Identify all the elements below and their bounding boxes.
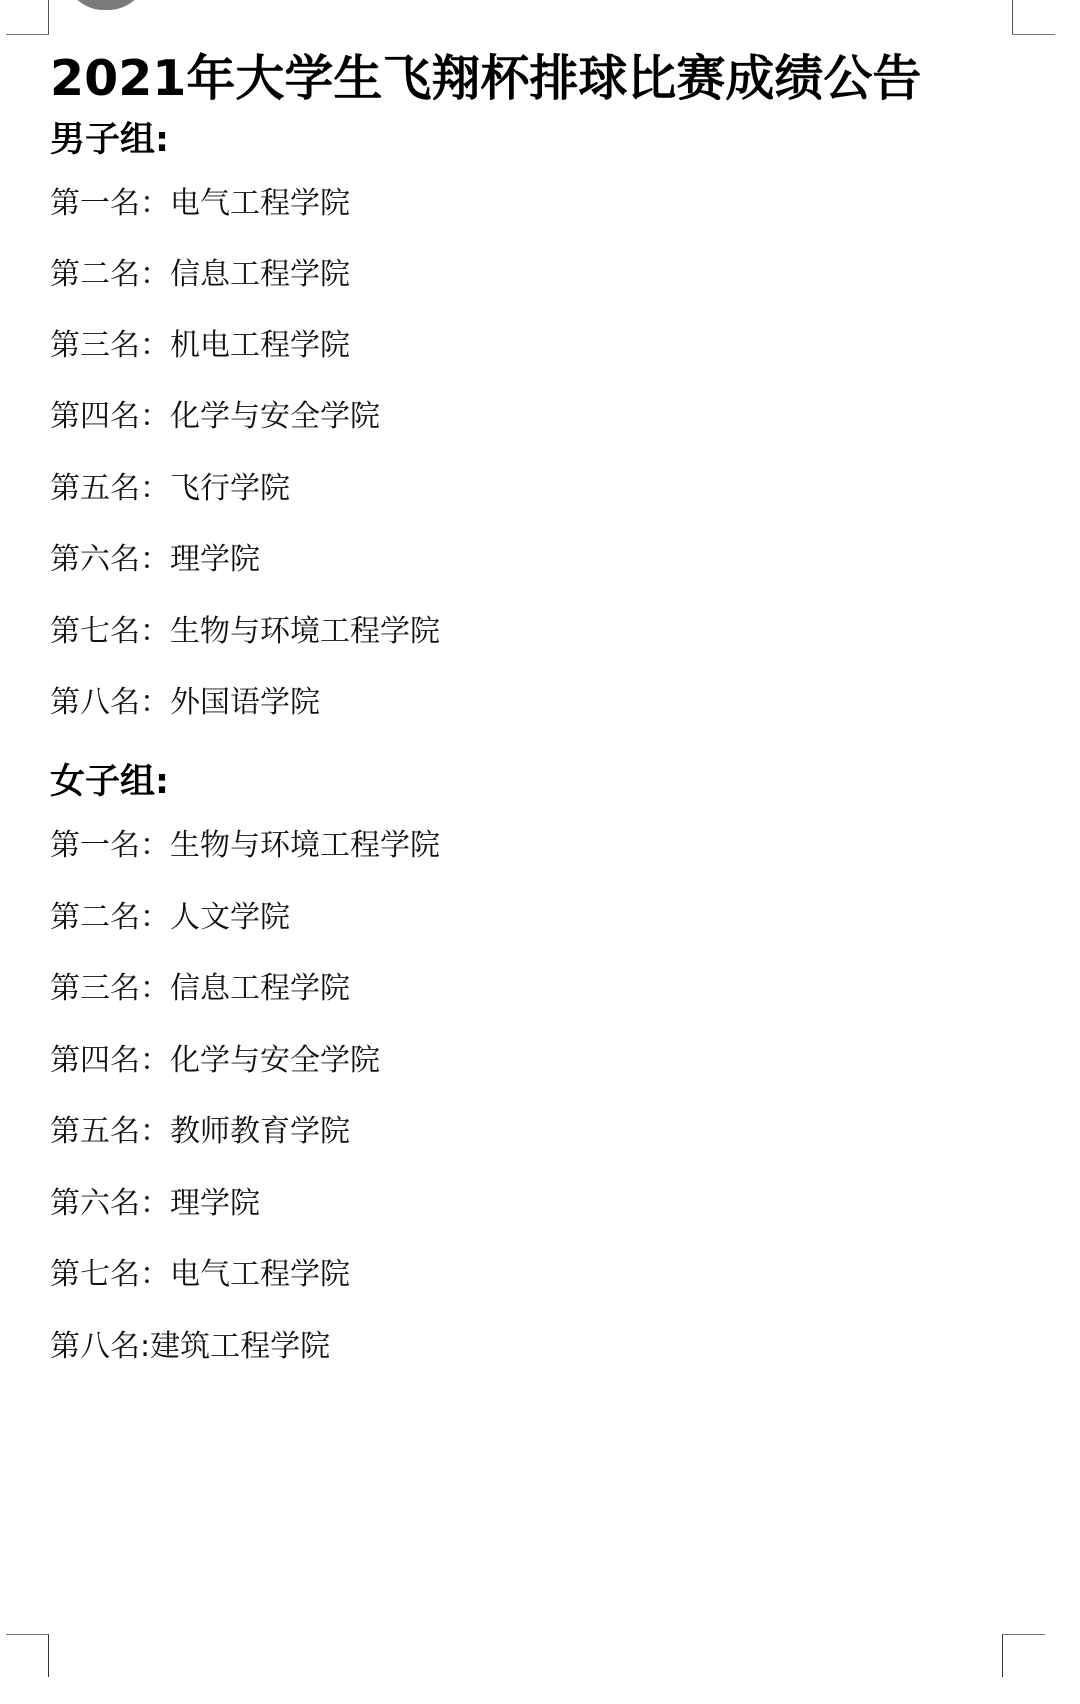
list-item: 第七名：电气工程学院 bbox=[50, 1249, 350, 1293]
scroll-indicator bbox=[64, 0, 148, 10]
section-heading-women: 女子组: bbox=[50, 754, 169, 804]
page-corner-mark-top-left bbox=[6, 0, 49, 35]
list-item: 第三名：信息工程学院 bbox=[50, 963, 350, 1007]
document-title: 2021年大学生飞翔杯排球比赛成绩公告 bbox=[50, 40, 921, 110]
list-item: 第七名：生物与环境工程学院 bbox=[50, 606, 440, 650]
list-item: 第四名：化学与安全学院 bbox=[50, 1035, 380, 1079]
page-corner-mark-bottom-right bbox=[1002, 1634, 1045, 1677]
list-item: 第六名：理学院 bbox=[50, 1178, 260, 1222]
list-item: 第二名：人文学院 bbox=[50, 892, 290, 936]
list-item: 第六名：理学院 bbox=[50, 534, 260, 578]
list-item: 第三名：机电工程学院 bbox=[50, 320, 350, 364]
page-corner-mark-bottom-left bbox=[6, 1634, 49, 1677]
list-item: 第二名：信息工程学院 bbox=[50, 249, 350, 293]
list-item: 第八名：外国语学院 bbox=[50, 677, 320, 721]
section-heading-men: 男子组: bbox=[50, 112, 169, 162]
list-item: 第一名：电气工程学院 bbox=[50, 178, 350, 222]
list-item: 第五名：飞行学院 bbox=[50, 463, 290, 507]
list-item: 第一名：生物与环境工程学院 bbox=[50, 820, 440, 864]
list-item: 第八名:建筑工程学院 bbox=[50, 1321, 330, 1365]
list-item: 第四名：化学与安全学院 bbox=[50, 391, 380, 435]
list-item: 第五名：教师教育学院 bbox=[50, 1106, 350, 1150]
page-corner-mark-top-right bbox=[1012, 0, 1055, 35]
